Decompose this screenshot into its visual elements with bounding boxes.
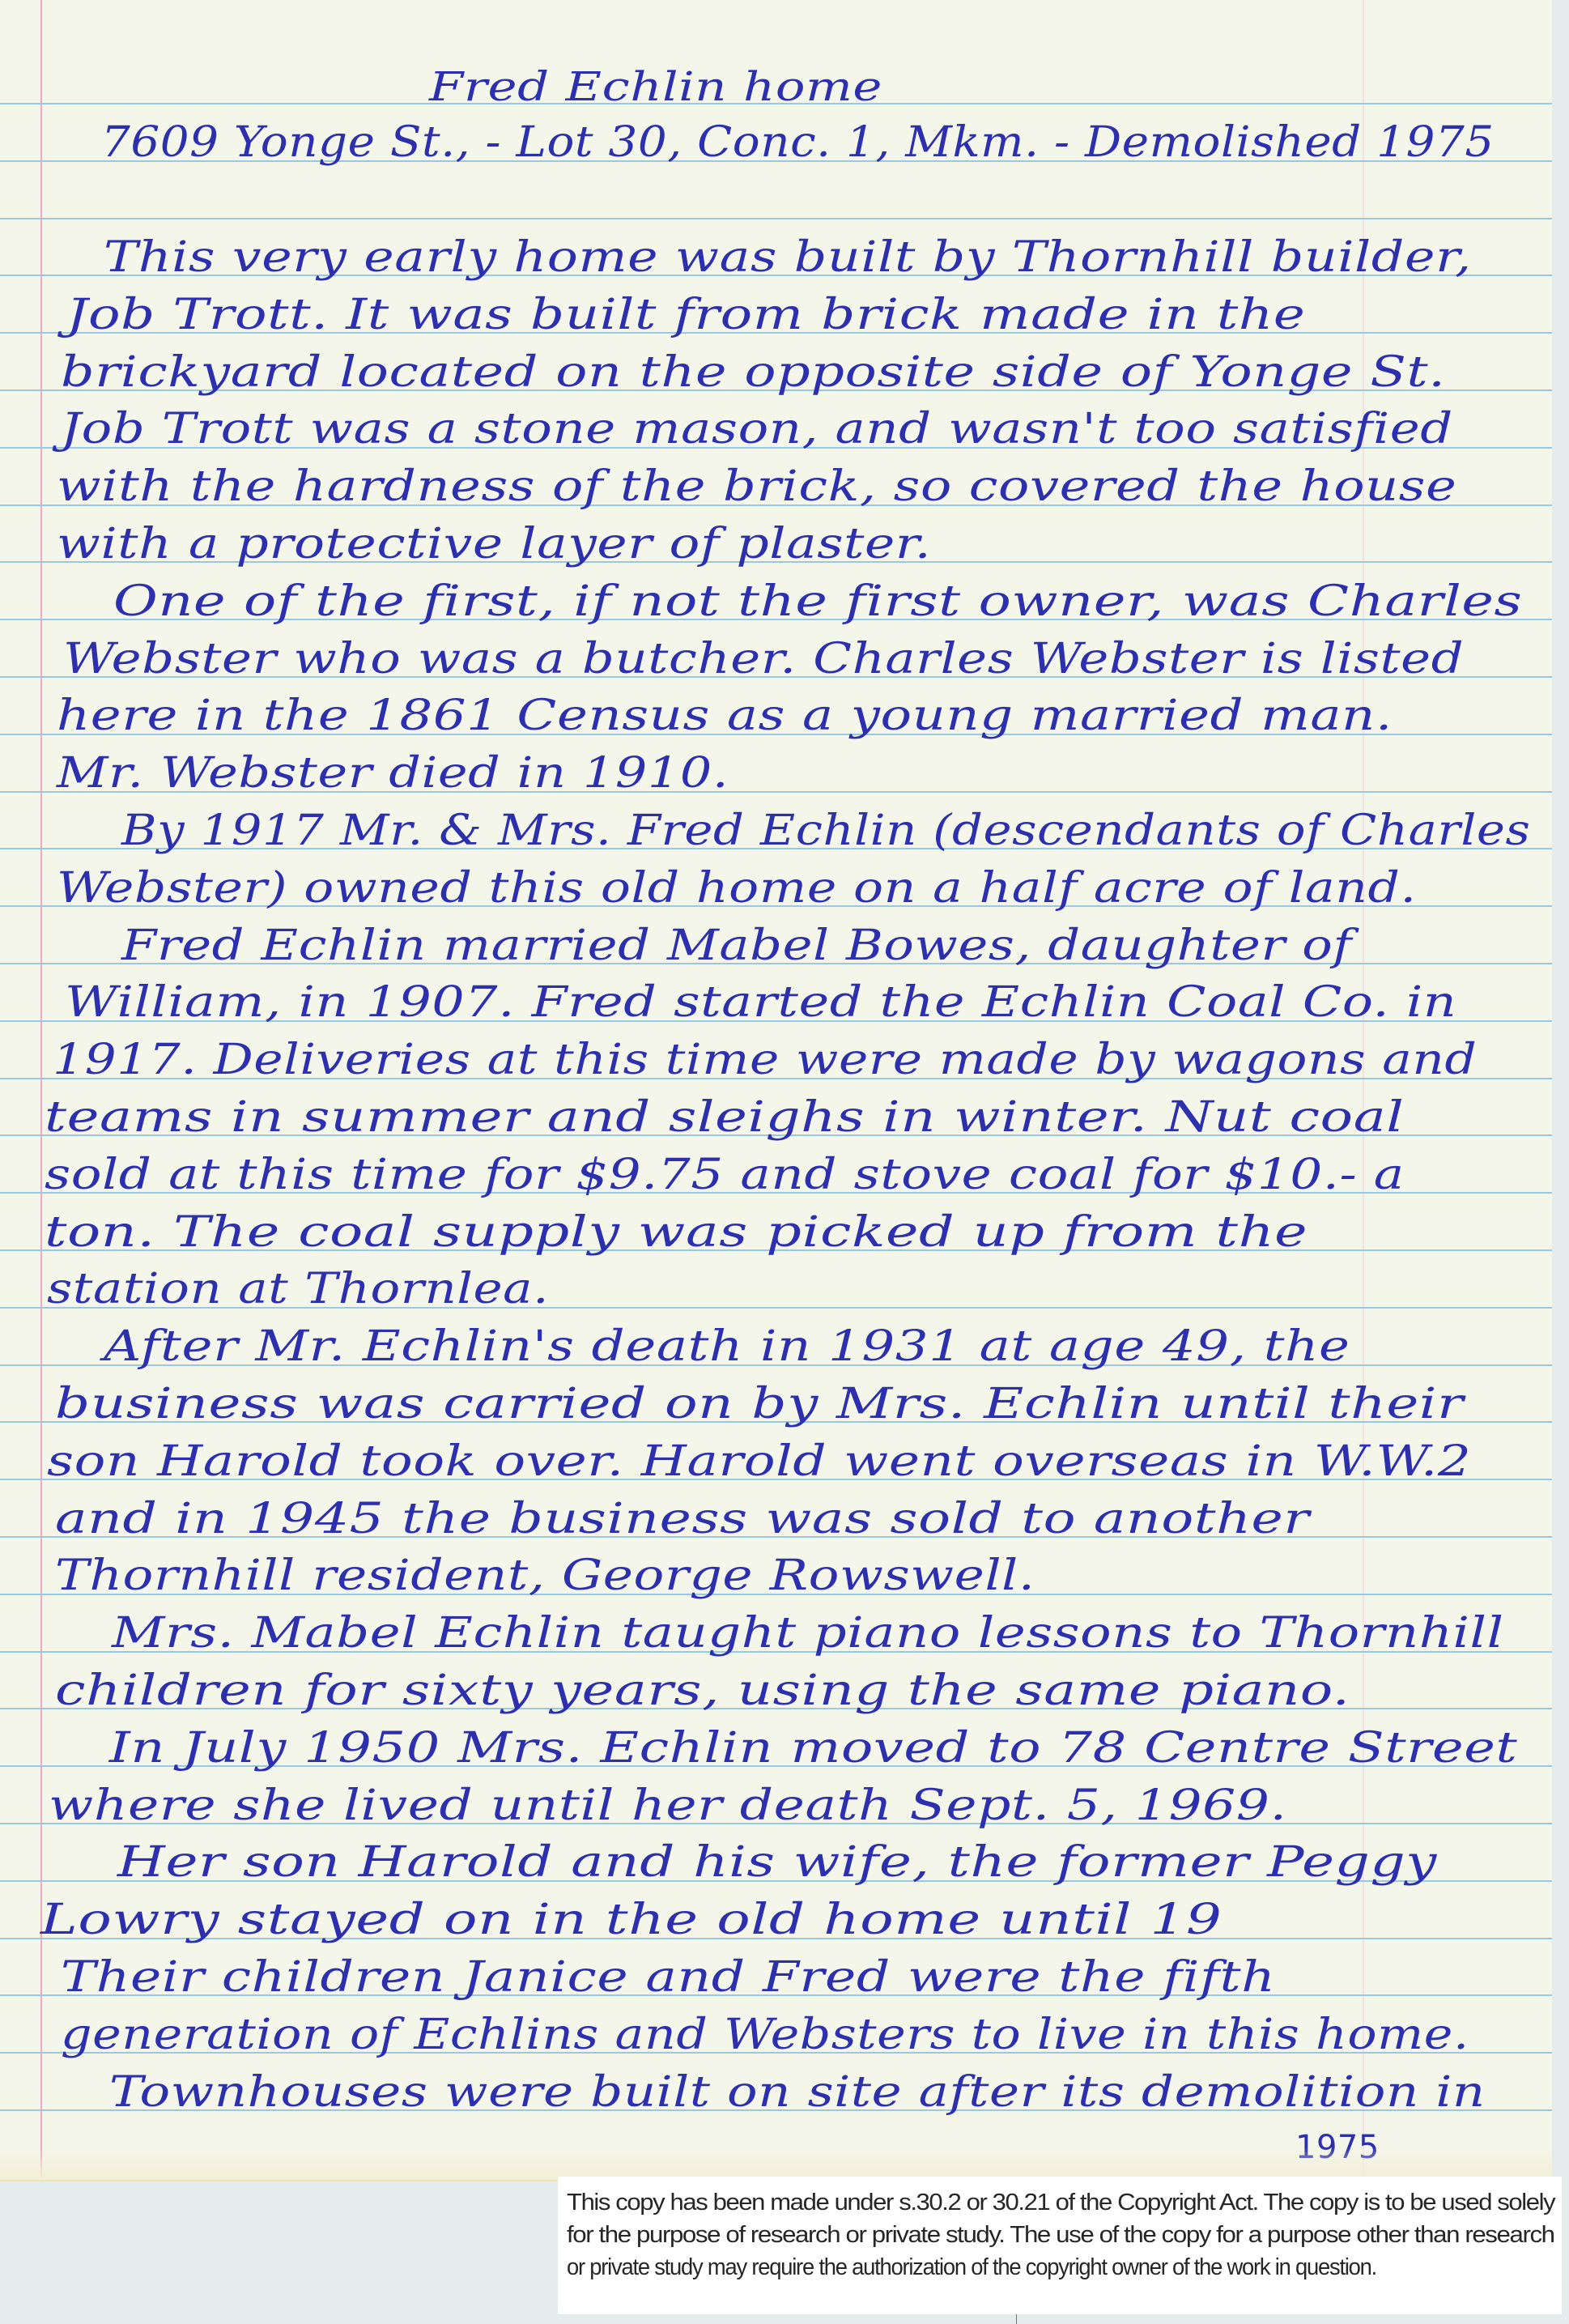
handwritten-line: Webster) owned this old home on a half a… (57, 867, 1417, 909)
handwritten-line: One of the first, if not the first owner… (113, 581, 1522, 623)
handwritten-line: ton. The coal supply was picked up from … (45, 1211, 1307, 1254)
handwritten-line: Job Trott. It was built from brick made … (66, 294, 1305, 336)
document-title: Fred Echlin home (429, 66, 882, 107)
handwritten-line: By 1917 Mr. & Mrs. Fred Echlin (descenda… (121, 810, 1530, 852)
handwritten-line: Mr. Webster died in 1910. (57, 752, 729, 794)
handwritten-line: Mrs. Mabel Echlin taught piano lessons t… (112, 1612, 1504, 1654)
handwritten-line: station at Thornlea. (47, 1268, 549, 1310)
copyright-notice-line: for the purpose of research or private s… (567, 2219, 1569, 2251)
handwritten-line: Thornhill resident, George Rowswell. (55, 1555, 1035, 1597)
handwritten-line: teams in summer and sleighs in winter. N… (45, 1096, 1405, 1139)
handwritten-line: Her son Harold and his wife, the former … (117, 1841, 1437, 1883)
handwritten-line: brickyard located on the opposite side o… (61, 351, 1446, 394)
handwritten-line: Townhouses were built on site after its … (109, 2071, 1486, 2113)
handwritten-line: son Harold took over. Harold went overse… (47, 1441, 1471, 1483)
handwritten-line: sold at this time for $9.75 and stove co… (45, 1154, 1405, 1196)
copyright-notice: This copy has been made under s.30.2 or … (558, 2177, 1562, 2314)
handwritten-line: Job Trott was a stone mason, and wasn't … (61, 408, 1453, 450)
handwritten-line: William, in 1907. Fred started the Echli… (65, 981, 1456, 1024)
handwritten-line: Their children Janice and Fred were the … (61, 1956, 1275, 1998)
copyright-notice-line: This copy has been made under s.30.2 or … (567, 2186, 1569, 2219)
handwritten-line: 1917. Deliveries at this time were made … (53, 1039, 1477, 1081)
handwritten-line: and in 1945 the business was sold to ano… (55, 1498, 1310, 1540)
handwritten-line: This very early home was built by Thornh… (104, 236, 1472, 279)
handwritten-line: Webster who was a butcher. Charles Webst… (63, 638, 1464, 680)
handwritten-line: In July 1950 Mrs. Echlin moved to 78 Cen… (109, 1727, 1517, 1769)
handwritten-line: where she lived until her death Sept. 5,… (49, 1785, 1287, 1827)
left-margin-rule (40, 0, 42, 2180)
handwritten-line: Fred Echlin married Mabel Bowes, daughte… (121, 925, 1352, 967)
handwritten-line: generation of Echlins and Websters to li… (61, 2014, 1469, 2056)
handwritten-line: children for sixty years, using the same… (55, 1670, 1350, 1712)
ruled-line (0, 218, 1552, 219)
scan-artifact (1016, 2314, 1017, 2324)
handwritten-line: here in the 1861 Census as a young marri… (57, 695, 1393, 737)
handwritten-line: After Mr. Echlin's death in 1931 at age … (104, 1326, 1350, 1368)
closing-year: 1975 (1295, 2131, 1380, 2164)
address-heading: 7609 Yonge St., - Lot 30, Conc. 1, Mkm. … (101, 121, 1495, 164)
handwritten-line: business was carried on by Mrs. Echlin u… (55, 1383, 1464, 1425)
handwritten-line: with a protective layer of plaster. (57, 523, 931, 565)
handwritten-line: Lowry stayed on in the old home until 19 (40, 1899, 1222, 1941)
handwritten-line: with the hardness of the brick, so cover… (57, 466, 1456, 508)
copyright-notice-line: or private study may require the authori… (567, 2251, 1499, 2284)
lined-paper-page: Fred Echlin home 7609 Yonge St., - Lot 3… (0, 0, 1552, 2180)
